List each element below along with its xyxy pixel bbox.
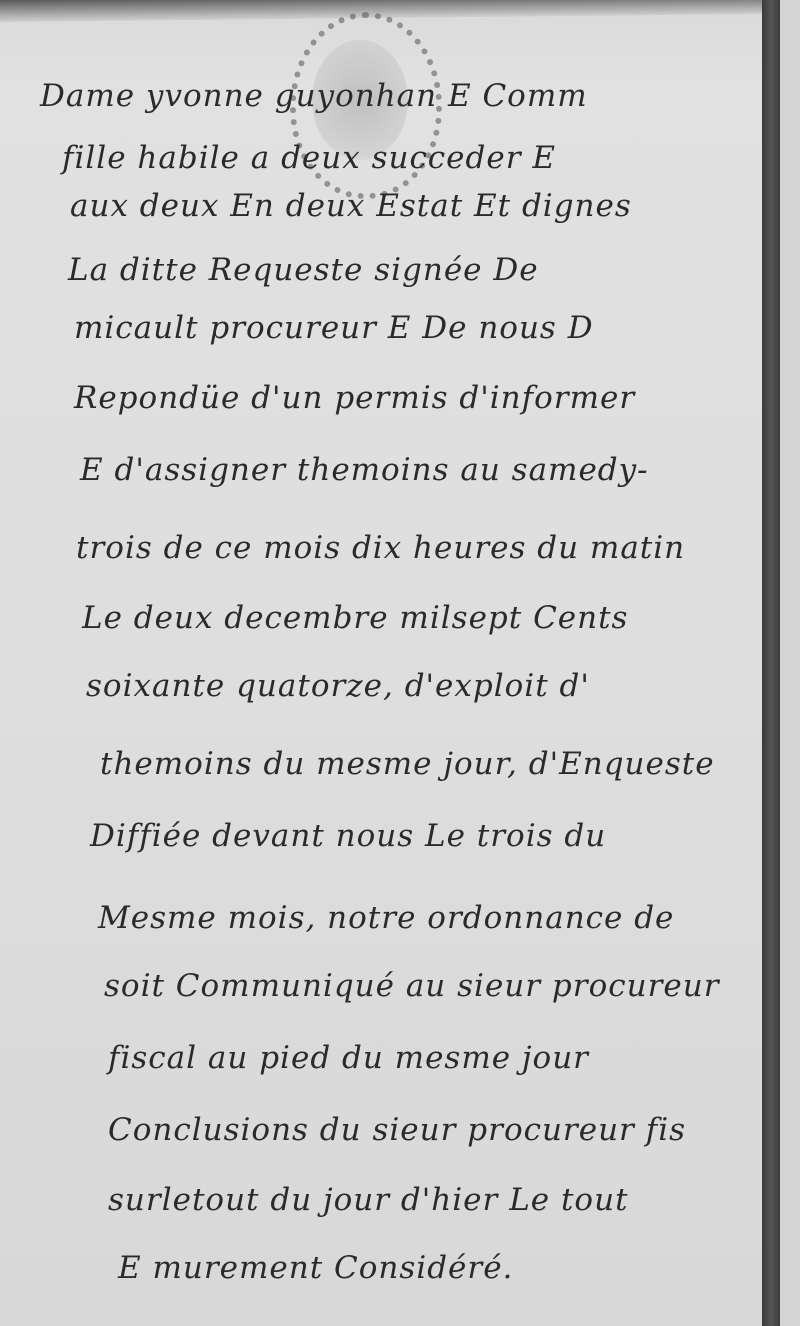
- text-line-8: trois de ce mois dix heures du matin: [76, 530, 685, 566]
- text-line-6: Repondüe d'un permis d'informer: [74, 380, 635, 416]
- text-line-9: Le deux decembre milsept Cents: [82, 600, 628, 636]
- manuscript-page: Dame yvonne guyonhan E Comm fille habile…: [0, 0, 764, 1326]
- text-line-5: micault procureur E De nous D: [74, 310, 594, 346]
- text-line-11: themoins du mesme jour, d'Enqueste: [100, 746, 715, 782]
- text-line-18: E murement Considéré.: [118, 1250, 513, 1286]
- text-line-7: E d'assigner themoins au samedy-: [80, 452, 649, 488]
- text-line-10: soixante quatorze, d'exploit d': [86, 668, 590, 704]
- text-line-2: fille habile a deux succeder E: [62, 140, 556, 176]
- text-line-4: La ditte Requeste signée De: [68, 252, 539, 288]
- text-line-13: Mesme mois, notre ordonnance de: [98, 900, 674, 936]
- text-line-12: Diffiée devant nous Le trois du: [90, 818, 606, 854]
- text-line-1: Dame yvonne guyonhan E Comm: [40, 78, 588, 114]
- adjacent-page-margin: [780, 0, 800, 1326]
- text-line-14: soit Communiqué au sieur procureur: [104, 968, 720, 1004]
- text-line-16: Conclusions du sieur procureur fis: [108, 1112, 686, 1148]
- text-line-15: fiscal au pied du mesme jour: [108, 1040, 589, 1076]
- text-line-3: aux deux En deux Estat Et dignes: [70, 188, 632, 224]
- text-line-17: surletout du jour d'hier Le tout: [108, 1182, 629, 1218]
- page-binding-edge: [762, 0, 780, 1326]
